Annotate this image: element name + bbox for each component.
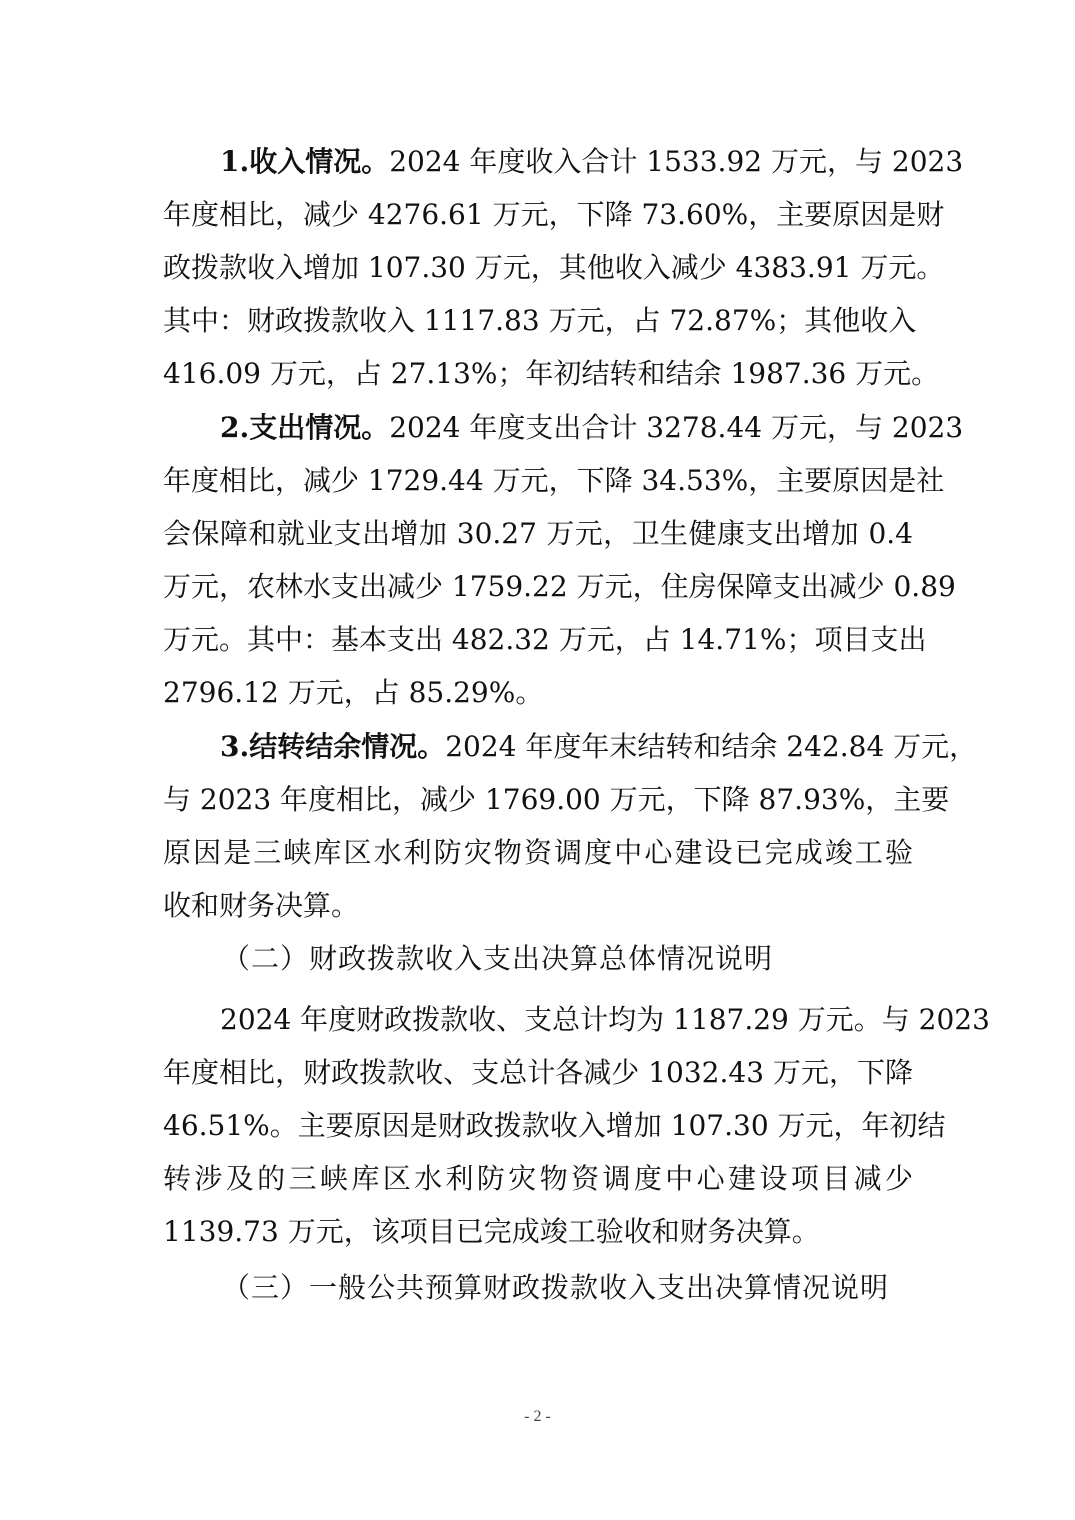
document-page: 1.收入情况。2024 年度收入合计 1533.92 万元，与 2023 年度相… bbox=[0, 0, 1075, 1520]
income-section-title: 1.收入情况。 bbox=[220, 145, 389, 178]
income-paragraph-line-1: 1.收入情况。2024 年度收入合计 1533.92 万元，与 2023 bbox=[220, 142, 913, 182]
fiscal-paragraph-line-5: 1139.73 万元，该项目已完成竣工验收和财务决算。 bbox=[163, 1212, 913, 1252]
expenditure-paragraph-line-2: 年度相比，减少 1729.44 万元，下降 34.53%，主要原因是社 bbox=[163, 461, 913, 501]
expenditure-paragraph-line-3: 会保障和就业支出增加 30.27 万元，卫生健康支出增加 0.4 bbox=[163, 514, 913, 554]
carryover-paragraph-line-2: 与 2023 年度相比，减少 1769.00 万元，下降 87.93%，主要 bbox=[163, 780, 913, 820]
income-paragraph-line-5: 416.09 万元，占 27.13%；年初结转和结余 1987.36 万元。 bbox=[163, 354, 913, 394]
fiscal-paragraph-line-3: 46.51%。主要原因是财政拨款收入增加 107.30 万元，年初结 bbox=[163, 1106, 913, 1146]
heading-general-public-budget: （三）一般公共预算财政拨款收入支出决算情况说明 bbox=[222, 1268, 889, 1308]
income-paragraph-line-3: 政拨款收入增加 107.30 万元，其他收入减少 4383.91 万元。 bbox=[163, 248, 913, 288]
fiscal-paragraph-line-2: 年度相比，财政拨款收、支总计各减少 1032.43 万元，下降 bbox=[163, 1053, 913, 1093]
expenditure-paragraph-line-5: 万元。其中：基本支出 482.32 万元，占 14.71%；项目支出 bbox=[163, 620, 913, 660]
heading-fiscal-appropriation-overview: （二）财政拨款收入支出决算总体情况说明 bbox=[222, 939, 773, 979]
carryover-section-title: 3.结转结余情况。 bbox=[220, 730, 445, 763]
fiscal-paragraph-line-1: 2024 年度财政拨款收、支总计均为 1187.29 万元。与 2023 bbox=[220, 1000, 913, 1040]
carryover-paragraph-line-4: 收和财务决算。 bbox=[163, 886, 913, 926]
fiscal-paragraph-line-4: 转涉及的三峡库区水利防灾物资调度中心建设项目减少 bbox=[163, 1159, 913, 1199]
income-paragraph-line-2: 年度相比，减少 4276.61 万元，下降 73.60%，主要原因是财 bbox=[163, 195, 913, 235]
carryover-paragraph-line-1: 3.结转结余情况。2024 年度年末结转和结余 242.84 万元， bbox=[220, 727, 913, 767]
income-paragraph-line-4: 其中：财政拨款收入 1117.83 万元，占 72.87%；其他收入 bbox=[163, 301, 913, 341]
carryover-text: 2024 年度年末结转和结余 242.84 万元， bbox=[445, 730, 977, 763]
expenditure-paragraph-line-1: 2.支出情况。2024 年度支出合计 3278.44 万元，与 2023 bbox=[220, 408, 913, 448]
expenditure-section-title: 2.支出情况。 bbox=[220, 411, 389, 444]
expenditure-paragraph-line-4: 万元，农林水支出减少 1759.22 万元，住房保障支出减少 0.89 bbox=[163, 567, 913, 607]
expenditure-text: 2024 年度支出合计 3278.44 万元，与 2023 bbox=[389, 411, 963, 444]
carryover-paragraph-line-3: 原因是三峡库区水利防灾物资调度中心建设已完成竣工验 bbox=[163, 833, 913, 873]
income-text: 2024 年度收入合计 1533.92 万元，与 2023 bbox=[389, 145, 963, 178]
expenditure-paragraph-line-6: 2796.12 万元，占 85.29%。 bbox=[163, 673, 913, 713]
page-number: - 2 - bbox=[0, 1408, 1075, 1426]
